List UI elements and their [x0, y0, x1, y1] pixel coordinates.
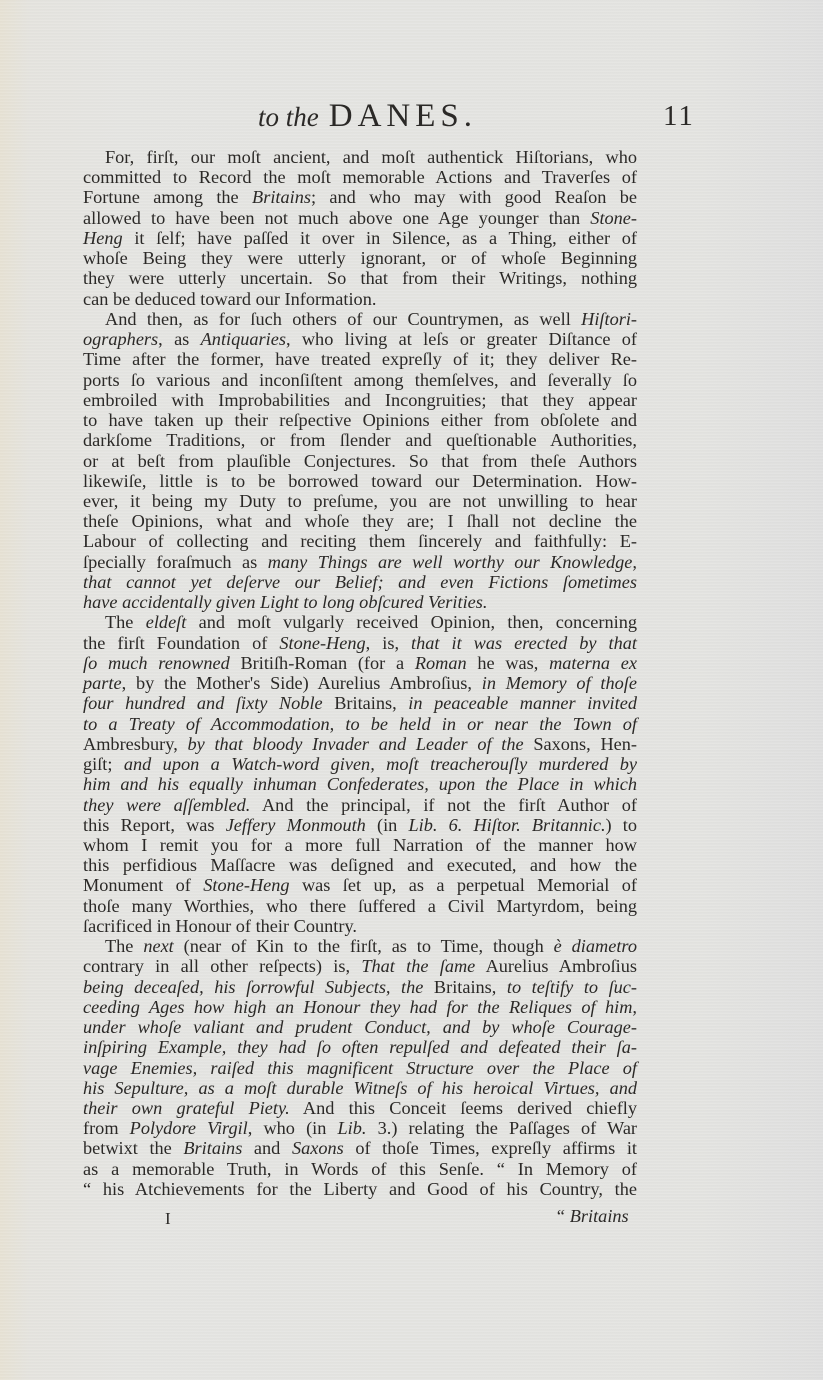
text-line: contrary in all other reſpects) is, That… [83, 956, 637, 976]
italic-run: under whoſe valiant and prudent Conduct,… [83, 1017, 637, 1037]
italic-run: Jeffery Monmouth [226, 815, 366, 835]
text-run: 3.) relating the Paſſages of War [366, 1118, 637, 1138]
text-line: vage Enemies, raiſed this magnificent St… [83, 1058, 637, 1078]
text-line: Heng it ſelf; have paſſed it over in Sil… [83, 228, 637, 248]
text-run: (near of Kin to the firſt, as to Time, t… [174, 936, 554, 956]
text-line: parte, by the Mother's Side) Aurelius Am… [83, 673, 637, 693]
body-text: For, firſt, our moſt ancient, and moſt a… [83, 147, 637, 1199]
text-run: The [105, 612, 146, 632]
text-run: Saxons, Hen- [524, 734, 637, 754]
text-run: giſt; [83, 754, 124, 774]
italic-run: next [143, 936, 173, 956]
italic-run: è diametro [554, 936, 637, 956]
text-run: Monument of [83, 875, 203, 895]
paragraph: The eldeſt and moſt vulgarly received Op… [83, 612, 637, 936]
italic-run: vage Enemies, raiſed this magnificent St… [83, 1058, 637, 1078]
text-run: And the principal, if not the firſt Auth… [250, 795, 637, 815]
text-line: or at beſt from plauſible Conjectures. S… [83, 451, 637, 471]
signature-mark: I [165, 1209, 171, 1229]
text-run: whoſe Being they were utterly ignorant, … [83, 248, 637, 268]
running-head-italic: to the [258, 102, 319, 132]
text-line: ſo much renowned Britiſh-Roman (for a Ro… [83, 653, 637, 673]
italic-run: have accidentally given Light to long ob… [83, 592, 487, 612]
text-run: embroiled with Improbabilities and Incon… [83, 390, 637, 410]
italic-run: many Things are well worthy our Knowledg… [268, 552, 637, 572]
text-run: The [105, 936, 143, 956]
text-run: And this Conceit ſeems derived chiefly [290, 1098, 637, 1118]
text-run: ports ſo various and inconſiſtent among … [83, 370, 637, 390]
italic-run: Britains [252, 187, 311, 207]
italic-run: That the ſame [361, 956, 475, 976]
text-run: Labour of collecting and reciting them ſ… [83, 531, 637, 551]
text-run: this perfidious Maſſacre was deſigned an… [83, 855, 637, 875]
text-run: this Report, was [83, 815, 226, 835]
text-run: “ his Atchievements for the Liberty and … [83, 1179, 637, 1199]
text-run: theſe Opinions, what and whoſe they are;… [83, 511, 637, 531]
italic-run: in peaceable manner invited [408, 693, 637, 713]
italic-run: in Memory of thoſe [482, 673, 637, 693]
text-line: their own grateful Piety. And this Conce… [83, 1098, 637, 1118]
text-run: ) to [606, 815, 637, 835]
text-line: being deceaſed, his ſorrowful Subjects, … [83, 977, 637, 997]
paragraph: And then, as for ſuch others of our Coun… [83, 309, 637, 613]
text-line: have accidentally given Light to long ob… [83, 592, 637, 612]
text-line: under whoſe valiant and prudent Conduct,… [83, 1017, 637, 1037]
text-line: from Polydore Virgil, who (in Lib. 3.) r… [83, 1118, 637, 1138]
italic-run: to a Treaty of Accommodation, to be held… [83, 714, 637, 734]
text-line: they were utterly uncertain. So that fro… [83, 268, 637, 288]
text-run: can be deduced toward our Information. [83, 289, 376, 309]
text-line: this Report, was Jeffery Monmouth (in Li… [83, 815, 637, 835]
text-run: was ſet up, as a perpetual Memorial of [290, 875, 637, 895]
text-line: whom I remit you for a more full Narrati… [83, 835, 637, 855]
text-run: Britiſh-Roman (for a [230, 653, 415, 673]
text-line: that cannot yet deſerve our Belief; and … [83, 572, 637, 592]
italic-run: materna ex [549, 653, 637, 673]
italic-run: and upon a Watch-word given, moſt treach… [124, 754, 637, 774]
italic-run: Stone-Heng [279, 633, 365, 653]
text-line: the firſt Foundation of Stone-Heng, is, … [83, 633, 637, 653]
text-line: likewiſe, little is to be borrowed towar… [83, 471, 637, 491]
text-line: Labour of collecting and reciting them ſ… [83, 531, 637, 551]
italic-run: Britains [183, 1138, 242, 1158]
text-line: theſe Opinions, what and whoſe they are;… [83, 511, 637, 531]
italic-run: that it was erected by that [411, 633, 637, 653]
italic-run: inſpiring Example, they had ſo often rep… [83, 1037, 637, 1057]
text-run: ; and who may with good Reaſon be [311, 187, 637, 207]
text-run: and moſt vulgarly received Opinion, then… [186, 612, 637, 632]
text-line: to a Treaty of Accommodation, to be held… [83, 714, 637, 734]
text-run: contrary in all other reſpects) is, [83, 956, 361, 976]
text-line: can be deduced toward our Information. [83, 289, 637, 309]
text-line: For, firſt, our moſt ancient, and moſt a… [83, 147, 637, 167]
text-line: whoſe Being they were utterly ignorant, … [83, 248, 637, 268]
italic-run: Antiquaries [201, 329, 286, 349]
text-line: Fortune among the Britains; and who may … [83, 187, 637, 207]
running-head-title: DANES. [329, 98, 477, 134]
text-line: Time after the former, have treated expr… [83, 349, 637, 369]
italic-run: parte [83, 673, 122, 693]
text-line: allowed to have been not much above one … [83, 208, 637, 228]
italic-run: Lib. [338, 1118, 367, 1138]
text-run: And then, as for ſuch others of our Coun… [105, 309, 581, 329]
text-run: likewiſe, little is to be borrowed towar… [83, 471, 637, 491]
text-run: Britains, [423, 977, 507, 997]
text-run: from [83, 1118, 130, 1138]
text-run: committed to Record the moſt memorable A… [83, 167, 637, 187]
italic-run: Saxons [292, 1138, 344, 1158]
italic-run: to teſtify to ſuc- [507, 977, 637, 997]
text-run: or at beſt from plauſible Conjectures. S… [83, 451, 637, 471]
italic-run: four hundred and ſixty Noble [83, 693, 323, 713]
text-line: Ambresbury, by that bloody Invader and L… [83, 734, 637, 754]
text-line: The eldeſt and moſt vulgarly received Op… [83, 612, 637, 632]
text-run: For, firſt, our moſt ancient, and moſt a… [105, 147, 637, 167]
text-line: as a memorable Truth, in Words of this S… [83, 1159, 637, 1179]
text-line: The next (near of Kin to the firſt, as t… [83, 936, 637, 956]
text-line: four hundred and ſixty Noble Britains, i… [83, 693, 637, 713]
italic-run: ceeding Ages how high an Honour they had… [83, 997, 637, 1017]
text-run: Time after the former, have treated expr… [83, 349, 637, 369]
text-run: as a memorable Truth, in Words of this S… [83, 1159, 637, 1179]
italic-run: Stone-Heng [203, 875, 289, 895]
italic-run: his Sepulture, as a moſt durable Witneſs… [83, 1078, 637, 1098]
italic-run: they were aſſembled. [83, 795, 250, 815]
paragraph: The next (near of Kin to the firſt, as t… [83, 936, 637, 1199]
text-run: ever, it being my Duty to preſume, you a… [83, 491, 637, 511]
text-run: Aurelius Ambroſius [475, 956, 637, 976]
text-line: ſpecially foraſmuch as many Things are w… [83, 552, 637, 572]
italic-run: Heng [83, 228, 123, 248]
italic-run: Lib. 6. Hiſtor. Britannic. [408, 815, 605, 835]
text-line: darkſome Traditions, or from ſlender and… [83, 430, 637, 450]
text-run: , who (in [248, 1118, 338, 1138]
text-run: allowed to have been not much above one … [83, 208, 590, 228]
italic-run: Hiſtori- [581, 309, 637, 329]
text-line: thoſe many Worthies, who there ſuffered … [83, 896, 637, 916]
text-line: ographers, as Antiquaries, who living at… [83, 329, 637, 349]
italic-run: Polydore Virgil [130, 1118, 248, 1138]
text-run: , by the Mother's Side) Aurelius Ambroſi… [122, 673, 482, 693]
text-line: “ his Atchievements for the Liberty and … [83, 1179, 637, 1199]
text-run: they were utterly uncertain. So that fro… [83, 268, 637, 288]
text-run: betwixt the [83, 1138, 183, 1158]
text-run: thoſe many Worthies, who there ſuffered … [83, 896, 637, 916]
text-run: Ambresbury, [83, 734, 188, 754]
text-line: ceeding Ages how high an Honour they had… [83, 997, 637, 1017]
text-run: darkſome Traditions, or from ſlender and… [83, 430, 637, 450]
italic-run: by that bloody Invader and Leader of the [188, 734, 524, 754]
text-run: ſpecially foraſmuch as [83, 552, 268, 572]
text-line: ſacrificed in Honour of their Country. [83, 916, 637, 936]
catchword: “ Britains [555, 1206, 629, 1227]
text-line: And then, as for ſuch others of our Coun… [83, 309, 637, 329]
running-head: to theDANES. [0, 98, 823, 138]
text-line: inſpiring Example, they had ſo often rep… [83, 1037, 637, 1057]
text-run: Britains, [323, 693, 409, 713]
italic-run: that cannot yet deſerve our Belief; and … [83, 572, 637, 592]
paragraph: For, firſt, our moſt ancient, and moſt a… [83, 147, 637, 309]
text-line: embroiled with Improbabilities and Incon… [83, 390, 637, 410]
text-line: ever, it being my Duty to preſume, you a… [83, 491, 637, 511]
text-line: betwixt the Britains and Saxons of thoſe… [83, 1138, 637, 1158]
text-line: committed to Record the moſt memorable A… [83, 167, 637, 187]
text-run: (in [366, 815, 409, 835]
italic-run: their own grateful Piety. [83, 1098, 290, 1118]
text-line: him and his equally inhuman Confederates… [83, 774, 637, 794]
text-run: ſacrificed in Honour of their Country. [83, 916, 357, 936]
text-line: this perfidious Maſſacre was deſigned an… [83, 855, 637, 875]
book-page: to theDANES. 11 For, firſt, our moſt anc… [0, 0, 823, 1380]
page-number: 11 [663, 100, 695, 133]
italic-run: ſo much renowned [83, 653, 230, 673]
text-run: of thoſe Times, expreſly affirms it [344, 1138, 637, 1158]
text-line: ports ſo various and inconſiſtent among … [83, 370, 637, 390]
text-line: they were aſſembled. And the principal, … [83, 795, 637, 815]
text-run: and [242, 1138, 292, 1158]
italic-run: ographers [83, 329, 158, 349]
text-run: to have taken up their reſpective Opinio… [83, 410, 637, 430]
text-run: he was, [467, 653, 549, 673]
italic-run: Stone- [590, 208, 637, 228]
text-line: Monument of Stone-Heng was ſet up, as a … [83, 875, 637, 895]
italic-run: him and his equally inhuman Confederates… [83, 774, 637, 794]
text-run: whom I remit you for a more full Narrati… [83, 835, 637, 855]
text-run: the firſt Foundation of [83, 633, 279, 653]
text-line: his Sepulture, as a moſt durable Witneſs… [83, 1078, 637, 1098]
text-run: , as [158, 329, 200, 349]
text-run: it ſelf; have paſſed it over in Silence,… [123, 228, 637, 248]
text-line: to have taken up their reſpective Opinio… [83, 410, 637, 430]
text-line: giſt; and upon a Watch-word given, moſt … [83, 754, 637, 774]
italic-run: Roman [415, 653, 467, 673]
text-run: , is, [366, 633, 411, 653]
text-run: Fortune among the [83, 187, 252, 207]
italic-run: being deceaſed, his ſorrowful Subjects, … [83, 977, 423, 997]
text-run: , who living at leſs or greater Diſtance… [286, 329, 637, 349]
italic-run: eldeſt [146, 612, 187, 632]
